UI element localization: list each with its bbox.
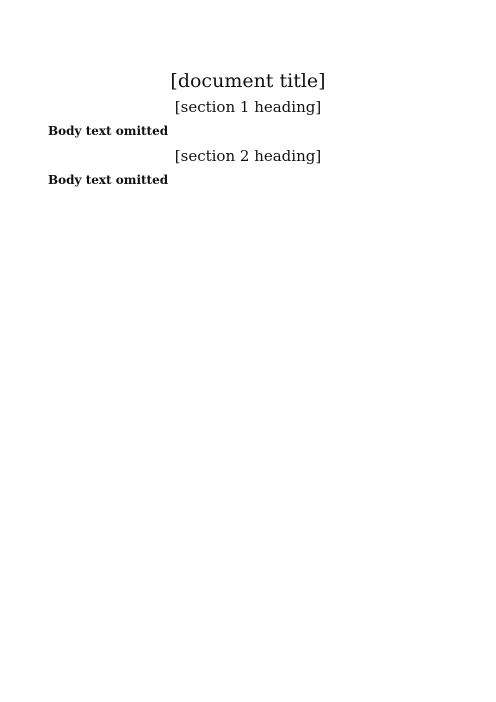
section-1-heading: [section 1 heading]: [48, 98, 448, 116]
section-2-heading: [section 2 heading]: [48, 147, 448, 165]
page-title: [document title]: [48, 70, 448, 92]
section-2-body: Body text omitted: [48, 171, 448, 190]
document-page: [document title] [section 1 heading] Bod…: [0, 0, 496, 190]
section-1-body: Body text omitted: [48, 122, 448, 141]
